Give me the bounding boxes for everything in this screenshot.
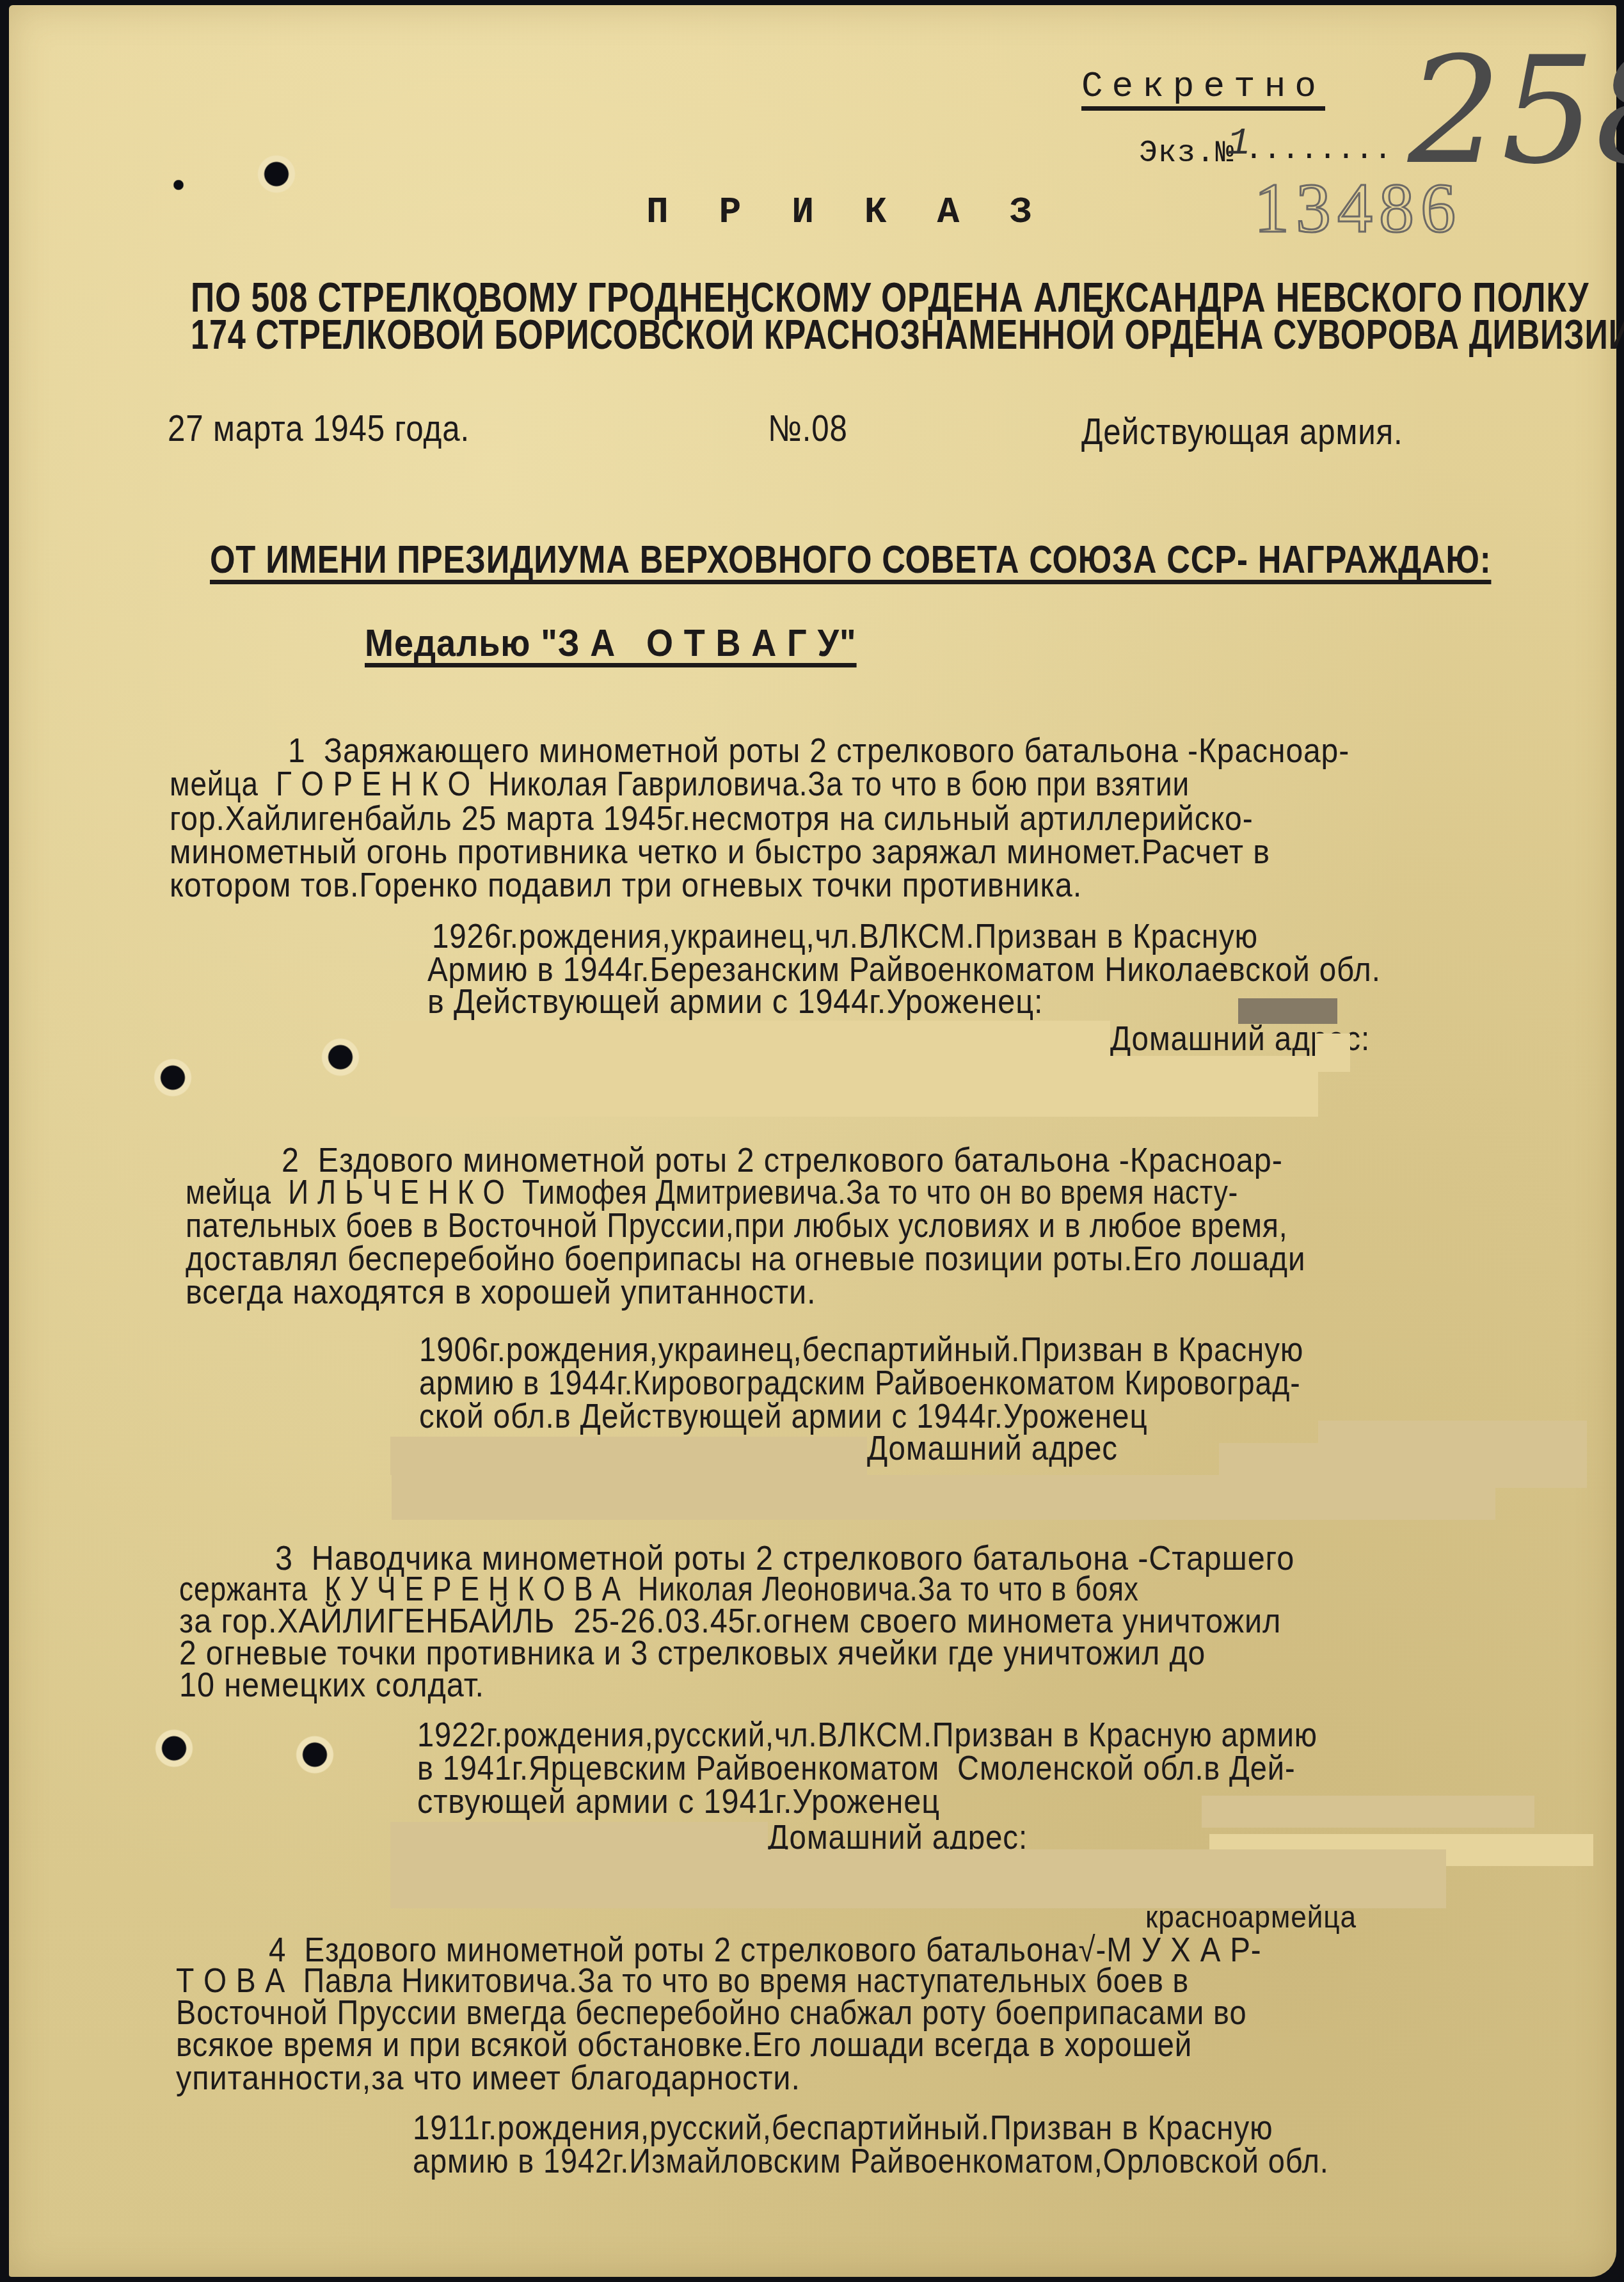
citation-line: 1 Заряжающего минометной роты 2 стрелков… (288, 735, 1349, 767)
citation-line: пательных боев в Восточной Пруссии,при л… (186, 1209, 1288, 1241)
bio-line: в 1941г.Ярцевским Райвоенкоматом Смоленс… (417, 1752, 1295, 1784)
handwritten-number: 258 (1408, 38, 1624, 186)
citation-line: Т О В А Павла Никитовича.За то что во вр… (176, 1965, 1189, 1997)
order-location: Действующая армия. (1081, 416, 1403, 448)
citation-line: мейца И Л Ь Ч Е Н К О Тимофея Дмитриевич… (186, 1176, 1238, 1208)
redaction-box (1202, 1796, 1534, 1828)
citation-line: доставлял бесперебойно боеприпасы на огн… (186, 1243, 1305, 1275)
punch-hole (154, 1728, 195, 1769)
citation-line: Восточной Пруссии вмегда бесперебойно сн… (176, 1997, 1246, 2029)
unit-line-2: 174 СТРЕЛКОВОЙ БОРИСОВСКОЙ КРАСНОЗНАМЕНН… (191, 319, 1624, 351)
citation-line: 10 немецких солдат. (179, 1669, 484, 1701)
citation-line: упитанности,за что имеет благодарности. (176, 2062, 800, 2094)
citation-line: 2 огневые точки противника и 3 стрелковы… (179, 1637, 1206, 1669)
award-name: Медалью "З А О Т В А Г У" (365, 627, 856, 667)
bio-line: армию в 1942г.Измайловским Райвоенкомато… (413, 2145, 1329, 2177)
redaction-box (1315, 1033, 1350, 1072)
handwritten-insertion: красноармейца (1145, 1902, 1357, 1934)
citation-line: всегда находятся в хорошей упитанности. (186, 1276, 816, 1308)
copy-label: Экз.№ (1139, 138, 1234, 170)
bio-line: Армию в 1944г.Березанским Райвоенкоматом… (427, 953, 1381, 985)
bio-line: армию в 1944г.Кировоградским Райвоенкома… (419, 1367, 1300, 1399)
address-label: Домашний адрес (867, 1432, 1118, 1464)
classification-label: Секретно (1081, 70, 1325, 111)
copy-dots: ........ (1245, 134, 1392, 166)
punch-hole (171, 178, 186, 192)
stamp-number: 13486 (1254, 168, 1462, 249)
redaction-box (390, 1056, 1318, 1117)
order-number: №.08 (768, 413, 848, 445)
order-date: 27 марта 1945 года. (168, 413, 470, 445)
punch-hole (320, 1037, 361, 1078)
citation-line: 2 Ездового минометной роты 2 стрелкового… (282, 1144, 1283, 1176)
bio-line: ствующей армии с 1941г.Уроженец (417, 1785, 940, 1817)
citation-line: гор.Хайлигенбайль 25 марта 1945г.несмотр… (170, 802, 1254, 834)
citation-line: мейца Г О Р Е Н К О Николая Гавриловича.… (170, 768, 1190, 800)
bio-line: 1906г.рождения,украинец,беспартийный.При… (419, 1334, 1303, 1366)
bio-line: 1926г.рождения,украинец,чл.ВЛКСМ.Призван… (432, 920, 1258, 952)
citation-line: всякое время и при всякой обстановке.Его… (176, 2029, 1192, 2061)
page-title: П Р И К А З (646, 197, 1046, 229)
redaction-box (392, 1475, 1495, 1520)
bio-line: ской обл.в Действующей армии с 1944г.Уро… (419, 1400, 1147, 1432)
declaration-heading: ОТ ИМЕНИ ПРЕЗИДИУМА ВЕРХОВНОГО СОВЕТА СО… (210, 544, 1492, 584)
redaction-box (390, 1021, 1110, 1056)
bio-line: 1922г.рождения,русский,чл.ВЛКСМ.Призван … (417, 1719, 1318, 1751)
citation-line: сержанта К У Ч Е Р Е Н К О В А Николая Л… (179, 1573, 1139, 1605)
punch-hole (294, 1734, 335, 1775)
bio-line: в Действующей армии с 1944г.Уроженец: (427, 985, 1043, 1017)
unit-line-1: ПО 508 СТРЕЛКОВОМУ ГРОДНЕНСКОМУ ОРДЕНА А… (191, 282, 1589, 314)
punch-hole (256, 154, 297, 195)
redaction-box (390, 1849, 1446, 1908)
punch-hole (152, 1057, 193, 1098)
citation-line: котором тов.Горенко подавил три огневых … (170, 869, 1082, 901)
citation-line: за гор.ХАЙЛИГЕНБАЙЛЬ 25-26.03.45г.огнем … (179, 1605, 1281, 1637)
address-label: Домашний адрес: (768, 1821, 1028, 1853)
citation-line: минометный огонь противника четко и быст… (170, 836, 1270, 868)
bio-line: 1911г.рождения,русский,беспартийный.Приз… (413, 2112, 1273, 2144)
redaction-box (390, 1437, 867, 1475)
